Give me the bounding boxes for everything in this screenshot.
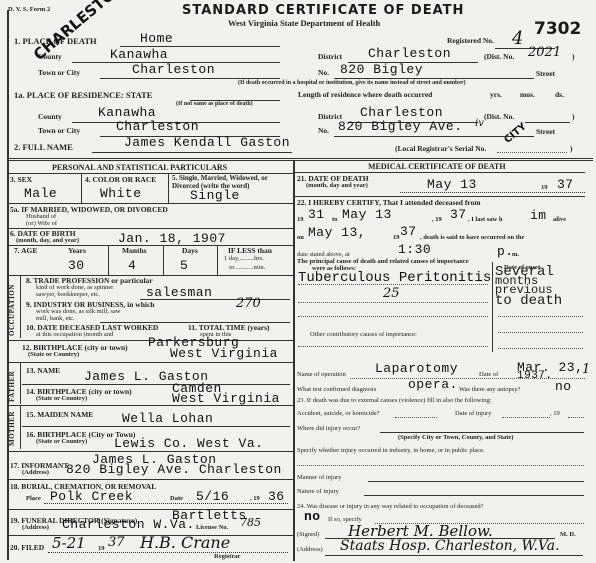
res-no-label: No. [318, 126, 329, 135]
death-street-value: 820 Bigley [340, 62, 423, 77]
occupation-side-rule [20, 275, 21, 338]
race-marital-divider [168, 173, 169, 203]
trade-sub2: sawyer, bookkeeper, etc. [36, 291, 100, 298]
nature-line [364, 495, 584, 496]
op-mark: 1 [582, 362, 590, 377]
res-street-extra: iv [475, 118, 484, 129]
full-name-label: 2. FULL NAME [14, 142, 73, 152]
burial-line [44, 503, 288, 504]
serial-no-label: (Local Registrar's Serial No. [395, 144, 486, 153]
onset-column-rule [492, 262, 493, 352]
res-dist-no-line [525, 122, 570, 123]
less-day-label: 1 day,.........hrs. [224, 255, 264, 262]
dist-no-label: (Dist. No. [484, 52, 514, 61]
dod-sub: (month, day and year) [306, 182, 368, 189]
other-causes-label: Other contributory causes of importance: [310, 331, 417, 338]
onset-line-b [498, 332, 583, 333]
trade-line [140, 299, 290, 300]
marital-value: Single [190, 188, 240, 203]
from-year: 31 [308, 207, 325, 222]
funeral-addr: Charleston W.Va. [62, 517, 195, 532]
filed-year: 37 [108, 535, 125, 550]
death-town-value: Charleston [132, 62, 215, 77]
age-div-3 [217, 245, 218, 275]
sex-value: Male [24, 186, 57, 201]
last-saw-value: im [530, 208, 547, 223]
external-label: 23. If death was due to external causes … [297, 397, 492, 404]
age-days-label: Days [182, 246, 198, 255]
operation-label: Name of operation [297, 371, 346, 378]
less-min-label: or............min. [229, 264, 265, 271]
registered-no-stamp: 7302 [534, 19, 581, 39]
dod-line [400, 192, 585, 193]
sex-label: 3. SEX [10, 175, 32, 184]
injury-year-line [568, 417, 584, 418]
form-id: D. V. S. Form 2 [8, 6, 50, 13]
residence-mos: mos. [520, 90, 535, 99]
op-date-label: Date of [479, 371, 498, 378]
informant-addr: 820 Bigley Ave. Charleston [66, 462, 282, 477]
row-line-father [8, 405, 293, 406]
father-name-line [22, 384, 290, 385]
medical-title-line [295, 172, 585, 173]
burial-year: 36 [268, 489, 285, 504]
res-county-value: Kanawha [98, 105, 156, 120]
mother-side-rule [20, 405, 21, 449]
full-name-line [92, 152, 292, 153]
death-county-label: County [38, 52, 62, 61]
hospital-note: (If death occurred in a hospital or inst… [238, 80, 466, 86]
res-county-label: County [38, 112, 62, 121]
operation-line [350, 378, 585, 379]
age-years-value: 30 [68, 258, 85, 273]
death-time: 1:30 [398, 242, 431, 257]
place-of-death-label: 1. PLACE OF DEATH [14, 36, 97, 46]
birthplace-sub: (State or Country) [28, 351, 79, 358]
cause-line-1 [298, 284, 488, 285]
residence-label: 1a. PLACE OF RESIDENCE: STATE [14, 90, 152, 100]
onset-value: Several months previous to death [495, 268, 562, 306]
alive-label: alive [553, 216, 566, 223]
last-worked-sub1: at this occupation (month and [36, 331, 113, 338]
filed-signature: H.B. Crane [140, 533, 230, 552]
burial-year-prefix: , 19 [250, 495, 260, 502]
industry-sub1: work was done, as silk mill, saw [36, 308, 121, 315]
dob-sub: (month, day, and year) [16, 237, 79, 244]
injury-year-prefix: , 19 [550, 410, 560, 417]
death-town-label: Town or City [38, 68, 80, 77]
cause-line-3 [298, 316, 488, 317]
filed-line [48, 552, 288, 553]
m-label: m. [512, 251, 519, 258]
mother-bp: Lewis Co. West Va. [114, 436, 263, 451]
occupation-side-label: OCCUPATION [8, 280, 16, 336]
filed-year-prefix: 19 [98, 545, 105, 552]
industry-code: 270 [236, 296, 261, 311]
address-label: (Address) [297, 546, 323, 553]
dist-no-close: ) [572, 52, 575, 61]
residence-note: (If not same as place of death) [176, 101, 253, 107]
birthplace-state: West Virginia [170, 346, 278, 361]
race-value: White [100, 186, 142, 201]
spouse-wife-label: (or) Wife of [26, 220, 57, 227]
from-prefix: 19 [297, 216, 304, 223]
city-stamp: CITY [502, 121, 528, 146]
age-div-1 [108, 245, 109, 275]
registrar-label: Registrar [214, 553, 240, 560]
res-dist-no-close: ) [572, 112, 575, 121]
row-line-3 [8, 203, 293, 204]
place-of-death-value: Home [140, 31, 173, 46]
on-date: May 13, [308, 225, 366, 240]
burial-date: 5/16 [196, 489, 229, 504]
burial-place-label: Place [26, 495, 41, 502]
last-saw-label: , I last saw h [468, 216, 503, 223]
section-divider [8, 158, 593, 161]
trade-value: salesman [146, 285, 212, 300]
res-town-value: Charleston [116, 119, 199, 134]
license-label: License No. [196, 524, 228, 531]
dod-year: 37 [557, 177, 574, 192]
father-name-label: 13. NAME [26, 366, 60, 375]
signed-label: (Signed) [297, 531, 319, 538]
onset-line-c [498, 348, 583, 349]
other-cause-line [298, 346, 488, 347]
race-label: 4. COLOR OR RACE [85, 175, 156, 184]
age-years-label: Years [68, 246, 86, 255]
burial-date-label: Date [170, 495, 183, 502]
registered-no-value: 4 [512, 28, 523, 49]
row-line-18 [8, 509, 293, 510]
where-line [380, 432, 584, 433]
dod-year-prefix: 19 [541, 184, 548, 191]
md-label: M. D. [560, 531, 576, 538]
res-street-value: 820 Bigley Ave. [338, 119, 463, 134]
manner-line [368, 481, 584, 482]
age-days-value: 5 [180, 258, 188, 273]
father-side-rule [20, 362, 21, 404]
to-date: May 13 [342, 207, 392, 222]
serial-no-close: ) [570, 144, 573, 153]
mother-name-line [22, 426, 290, 427]
father-bp-state: West Virginia [172, 391, 280, 406]
dod-value: May 13 [427, 177, 477, 192]
injury-date-label: Date of injury [455, 410, 491, 417]
industry-sub2: mill, bank, etc. [36, 315, 75, 322]
onset-line-4: to death [495, 297, 562, 306]
personal-section-title: PERSONAL AND STATISTICAL PARTICULARS [52, 163, 227, 172]
mother-bp-sub: (State or Country) [36, 438, 87, 445]
death-district-label: District [318, 52, 342, 61]
op-year: 1937. [517, 370, 553, 382]
age-div-2 [163, 245, 164, 275]
funeral-addr-label: (Address) [22, 524, 49, 531]
on-year: 37 [400, 224, 417, 239]
stated-label: date stated above, at [297, 251, 350, 258]
age-months-value: 4 [128, 258, 136, 273]
mother-name: Wella Lohan [122, 411, 213, 426]
to-year-prefix: , 19 [432, 216, 442, 223]
res-dist-no-label: (Dist. No. [484, 112, 514, 121]
age-label: 7. AGE [14, 246, 37, 255]
death-county-value: Kanawha [110, 47, 168, 62]
column-divider [293, 161, 295, 561]
certificate-subtitle: West Virginia State Department of Health [228, 18, 380, 28]
res-street-label: Street [536, 127, 555, 136]
father-side-label: FATHER [8, 366, 16, 402]
row-line-17 [8, 479, 293, 480]
medical-section-title: MEDICAL CERTIFICATE OF DEATH [368, 162, 506, 171]
autopsy-label: Was there any autopsy? [459, 386, 520, 393]
father-bp-sub: (State or Country) [36, 395, 87, 402]
filed-label: 20. FILED [10, 543, 44, 552]
residence-yrs: yrs. [490, 90, 502, 99]
cause-intro: The principal cause of death and related… [297, 258, 469, 265]
where-note: (Specify City or Town, County, and State… [398, 434, 513, 441]
to-label: to [332, 216, 337, 223]
mother-side-label: MOTHER [8, 410, 16, 446]
dist-no-value: 2021 [528, 45, 561, 60]
dob-value: Jan. 18, 1907 [118, 231, 226, 246]
less-than-label: IF LESS than [228, 246, 272, 255]
accident-label: Accident, suicide, or homicide? [297, 410, 380, 417]
test-value: opera. [408, 377, 458, 392]
certify-label: 22. I HEREBY CERTIFY, That I attended de… [297, 198, 481, 207]
test-label: What test confirmed diagnosis [297, 386, 376, 393]
on-year-prefix: 19 [393, 234, 400, 241]
occ-related-value: no [304, 509, 321, 524]
death-district-value: Charleston [368, 46, 451, 61]
where-label: Where did injury occur? [297, 425, 360, 432]
specify-line [297, 465, 584, 466]
death-town-line [100, 78, 280, 79]
license-value: 785 [240, 516, 261, 529]
accident-line [395, 417, 437, 418]
death-street-line [334, 78, 534, 79]
address-value: Staats Hosp. Charleston, W.Va. [340, 538, 560, 554]
onset-line-a [498, 316, 583, 317]
to-year: 37 [450, 207, 467, 222]
nature-label: Nature of injury [297, 488, 339, 495]
filed-date: 5-21 [52, 534, 86, 552]
manner-label: Manner of injury [297, 474, 341, 481]
full-name-value: James Kendall Gaston [124, 135, 290, 150]
res-district-value: Charleston [360, 105, 443, 120]
autopsy-value: no [555, 379, 572, 394]
res-town-label: Town or City [38, 126, 80, 135]
operation-value: Laparotomy [375, 361, 458, 376]
residence-ds: ds. [555, 90, 564, 99]
death-no-label: No. [318, 68, 329, 77]
length-of-residence-label: Length of residence where death occurred [298, 90, 432, 99]
injury-date-line [502, 417, 550, 418]
age-months-label: Months [122, 246, 147, 255]
row-line-12 [8, 362, 293, 363]
occurred-label: , death is said to have occurred on the [420, 234, 524, 241]
serial-no-line [497, 152, 567, 153]
row-line-21 [295, 196, 585, 197]
spouse-husband-label: Husband of [26, 213, 56, 220]
mother-name-label: 15. MAIDEN NAME [26, 410, 93, 419]
informant-addr-label: (Address) [22, 469, 49, 476]
sex-race-divider [81, 173, 82, 203]
certificate-title: STANDARD CERTIFICATE OF DEATH [182, 3, 464, 18]
cause-line-2 [298, 302, 488, 303]
registered-no-label: Registered No. [447, 36, 494, 45]
burial-place: Polk Creek [50, 489, 133, 504]
death-street-label: Street [536, 69, 555, 78]
cause-code: 25 [383, 286, 400, 301]
specify-label: Specify whether injury occurred in indus… [297, 447, 485, 454]
address-line [325, 555, 583, 556]
occ-related-label: 24. Was disease or injury in any way rel… [297, 503, 484, 510]
trade-sub1: kind of work done, as spinner [36, 284, 113, 291]
on-label: on [297, 234, 304, 241]
